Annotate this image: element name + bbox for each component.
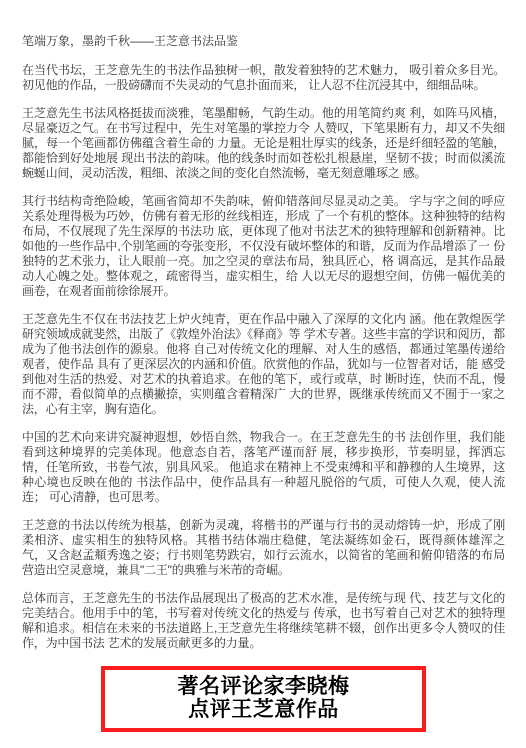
paragraph-structure: 其行书结构奇绝险峻，笔画省简却不失韵味，俯仰错落间尽显灵动之美。 字与字之间的呼… bbox=[22, 194, 505, 299]
document-title: 笔端万象，墨韵千秋——王芝意书法品鉴 bbox=[22, 34, 505, 49]
reviewer-callout-box: 著名评论家李晓梅 点评王芝意作品 bbox=[101, 666, 426, 732]
reviewer-name-line: 著名评论家李晓梅 bbox=[109, 675, 418, 698]
paragraph-summary: 总体而言，王芝意先生的书法作品展现出了极高的艺术水准，是传统与现 代、技艺与文化… bbox=[22, 591, 505, 651]
paragraph-style: 王芝意先生书法风格挺拔而淡雅，笔墨酣畅，气韵生动。他的用笔简约爽 利，如阵马风樯… bbox=[22, 106, 505, 181]
paragraph-tradition: 王芝意的书法以传统为根基，创新为灵魂，将楷书的严谨与行书的灵动熔铸一炉，形成了刚… bbox=[22, 518, 505, 578]
paragraph-spirit: 中国的艺术向来讲究凝神遐想，妙悟自然，物我合一。在王芝意先生的书 法创作里，我们… bbox=[22, 430, 505, 505]
reviewer-subject-line: 点评王芝意作品 bbox=[109, 698, 418, 721]
paragraph-intro: 在当代书坛，王芝意先生的书法作品独树一帜，散发着独特的艺术魅力， 吸引着众多目光… bbox=[22, 63, 505, 93]
document-page: 笔端万象，墨韵千秋——王芝意书法品鉴 在当代书坛，王芝意先生的书法作品独树一帜，… bbox=[0, 0, 526, 748]
paragraph-culture: 王芝意先生不仅在书法技艺上炉火纯青，更在作品中融入了深厚的文化内 涵。他在敦煌医… bbox=[22, 312, 505, 417]
